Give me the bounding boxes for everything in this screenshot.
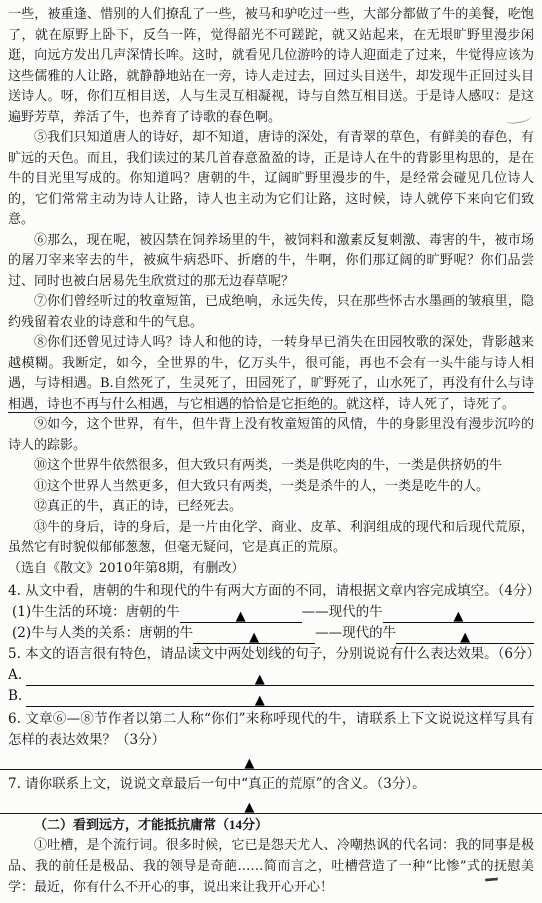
fill-blank-tang-environment: ▲: [180, 605, 302, 623]
passage-opening-continuation: 一些，被重逢、惜别的人们撩乱了一些，被马和驴吃过一些，大部分都做了牛的美餐，吃饱…: [8, 5, 534, 128]
answer-marker-triangle: ▲: [453, 610, 463, 623]
answer-line-b: ▲: [26, 689, 534, 707]
source-note: （选自《散文》2010年第8期，有删改）: [8, 559, 534, 580]
modern-cow-label-2: 现代的牛: [342, 623, 396, 644]
question-4: 4. 从文中看，唐朝的牛和现代的牛有两大方面的不同，请根据文章内容完成填空。（4…: [8, 581, 534, 644]
passage-paragraph-8: ⑧你们还曾见过诗人吗？诗人和他的诗，一转身早已消失在田园牧歌的深处，背影越来越模…: [8, 333, 534, 415]
question-4-fill-item-1: (1)牛生活的环境：唐朝的牛 ▲ —— 现代的牛 ▲: [8, 602, 534, 623]
fill-item-2-label: (2)牛与人类的关系：唐朝的牛: [12, 623, 193, 644]
passage-paragraph-5: ⑤我们只知道唐人的诗好，却不知道，唐诗的深处，有青翠的草色，有鲜美的春色，有旷远…: [8, 128, 534, 231]
passage-paragraph-13: ⑬牛的身后，诗的身后，是一片由化学、商业、皮革、利润组成的现代和后现代荒原，虽然…: [8, 518, 534, 559]
answer-marker-triangle: ▲: [460, 631, 470, 644]
exam-page: 一些，被重逢、惜别的人们撩乱了一些，被马和驴吃过一些，大部分都做了牛的美餐，吃饱…: [0, 0, 542, 903]
modern-cow-label-1: 现代的牛: [329, 602, 383, 623]
passage-paragraph-12: ⑫真正的牛，真正的诗，已经死去。: [8, 497, 534, 518]
dash-connector: ——: [302, 602, 329, 623]
answer-b-label: B.: [8, 686, 26, 707]
paragraph-8-tail: 就这样，诗人死了，诗死了。: [346, 397, 515, 412]
fill-item-1-label: (1)牛生活的环境：唐朝的牛: [12, 602, 180, 623]
fill-blank-modern-relation: ▲: [396, 626, 534, 644]
answer-marker-triangle: ▲: [255, 694, 265, 707]
question-4-fill-item-2: (2)牛与人类的关系：唐朝的牛 ▲ —— 现代的牛 ▲: [8, 623, 534, 644]
passage-paragraph-6: ⑥那么，现在呢，被囚禁在饲养场里的牛，被饲料和激素反复刺激、毒害的牛，被市场的屠…: [8, 231, 534, 293]
answer-marker-triangle: ▲: [255, 673, 265, 686]
question-6: 6. 文章⑥—⑧节作者以第二人称“你们”来称呼现代的牛，请联系上下文说说这样写具…: [8, 709, 534, 770]
answer-marker-triangle: ▲: [249, 631, 259, 644]
question-7-stem: 7. 请你联系上文，说说文章最后一句中“真正的荒原”的含义。（3分）。: [8, 774, 534, 795]
answer-marker-triangle: ▲: [236, 610, 246, 623]
passage-paragraph-10: ⑩这个世界牛依然很多，但大致只有两类，一类是供吃肉的牛，一类是供挤奶的牛: [8, 456, 534, 477]
answer-a-label: A.: [8, 665, 26, 686]
question-5: 5. 本文的语言很有特色，请品读文中两处划线的句子，分别说说有什么表达效果。（6…: [8, 644, 534, 707]
section-2-paragraph-1: ①吐槽，是个流行词。很多时候，它已是怨天尤人、冷嘲热讽的代名词：我的同事是极品、…: [8, 835, 534, 898]
answer-marker-triangle: ▲: [244, 801, 254, 814]
fill-blank-tang-relation: ▲: [193, 626, 315, 644]
answer-row-a: A. ▲: [8, 665, 534, 686]
passage-paragraph-9: ⑨如今，这个世界，有牛，但牛背上没有牧童短笛的风情，牛的身影里没有漫步沉吟的诗人…: [8, 415, 534, 456]
fill-blank-modern-environment: ▲: [383, 605, 534, 623]
question-7-answer-line: ▲: [0, 799, 542, 814]
answer-line-a: ▲: [26, 668, 534, 686]
passage-paragraph-11: ⑪这个世界人当然更多，但大致只有两类，一类是杀牛的人，一类是吃牛的人。: [8, 477, 534, 498]
dash-connector: ——: [315, 623, 342, 644]
question-5-stem: 5. 本文的语言很有特色，请品读文中两处划线的句子，分别说说有什么表达效果。（6…: [8, 644, 534, 665]
answer-marker-triangle: ▲: [244, 757, 254, 770]
reading-passage: 一些，被重逢、惜别的人们撩乱了一些，被马和驴吃过一些，大部分都做了牛的美餐，吃饱…: [8, 5, 534, 579]
section-2-title: （二）看到远方，才能抵抗庸常（14分）: [8, 814, 534, 835]
question-6-answer-line: ▲: [0, 755, 542, 770]
question-6-stem: 6. 文章⑥—⑧节作者以第二人称“你们”来称呼现代的牛，请联系上下文说说这样写具…: [8, 709, 534, 751]
answer-row-b: B. ▲: [8, 686, 534, 707]
question-4-stem: 4. 从文中看，唐朝的牛和现代的牛有两大方面的不同，请根据文章内容完成填空。（4…: [8, 581, 534, 602]
question-7: 7. 请你联系上文，说说文章最后一句中“真正的荒原”的含义。（3分）。 ▲: [8, 774, 534, 814]
passage-paragraph-7: ⑦你们曾经听过的牧童短笛，已成绝响，永远失传，只在那些怀古水墨画的皱痕里，隐约残…: [8, 292, 534, 333]
section-2: （二）看到远方，才能抵抗庸常（14分） ①吐槽，是个流行词。很多时候，它已是怨天…: [8, 814, 534, 898]
